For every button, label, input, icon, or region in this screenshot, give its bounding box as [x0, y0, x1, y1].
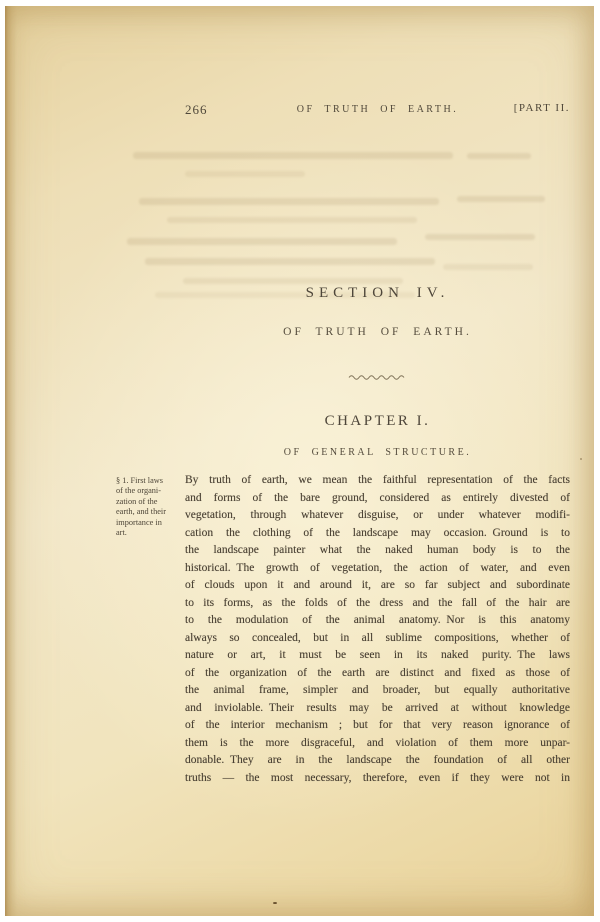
body-line: historical. The growth of vegetation, th…	[185, 560, 570, 578]
part-label: [PART II.	[514, 102, 570, 114]
body-line: nature or art, it must be seen in its na…	[185, 647, 570, 665]
body-line: always so concealed, but in all sublime …	[185, 630, 570, 648]
body-line: the animal frame, simpler and broader, b…	[185, 682, 570, 700]
body-line: donable. They are in the landscape the f…	[185, 752, 570, 770]
scan-frame: 266 OF TRUTH OF EARTH. [PART II. SECTION…	[0, 0, 600, 922]
body-line: and forms of the bare ground, considered…	[185, 490, 570, 508]
body-line: them is the more disgraceful, and violat…	[185, 735, 570, 753]
squiggle-divider-icon	[348, 373, 408, 381]
body-line: vegetation, through whatever disguise, o…	[185, 507, 570, 525]
book-page: 266 OF TRUTH OF EARTH. [PART II. SECTION…	[5, 6, 594, 916]
body-line: to its forms, as the folds of the dress …	[185, 595, 570, 613]
body-line: cation the clothing of the landscape may…	[185, 525, 570, 543]
sidenote-line: of the organi-	[116, 486, 186, 496]
body-line: the landscape painter what the naked hum…	[185, 542, 570, 560]
chapter-subtitle: OF GENERAL STRUCTURE.	[185, 447, 570, 458]
sidenote-line: earth, and their	[116, 507, 186, 517]
body-line: of clouds upon it and around it, are so …	[185, 577, 570, 595]
body-line: truths — the most necessary, therefore, …	[185, 770, 570, 788]
page-header: 266 OF TRUTH OF EARTH. [PART II.	[185, 102, 570, 118]
body-line: of the interior mechanism ; but for that…	[185, 717, 570, 735]
sidenote-line: zation of the	[116, 497, 186, 507]
sidenote-line: importance in	[116, 518, 186, 528]
sidenote-line: art.	[116, 528, 186, 538]
body-paragraph: By truth of earth, we mean the faithful …	[185, 472, 570, 787]
page-binding-edge	[5, 6, 17, 916]
section-title: SECTION IV.	[185, 285, 570, 302]
body-line: By truth of earth, we mean the faithful …	[185, 472, 570, 490]
body-line: to the modulation of the animal anatomy.…	[185, 612, 570, 630]
sidenote: § 1. First laws of the organi- zation of…	[116, 476, 186, 538]
body-line: of the organization of the earth are dis…	[185, 665, 570, 683]
paper-speck	[273, 902, 277, 904]
sidenote-line: § 1. First laws	[116, 476, 186, 486]
section-subtitle: OF TRUTH OF EARTH.	[185, 326, 570, 338]
divider-wrap	[185, 368, 570, 386]
body-line: and inviolable. Their results may be arr…	[185, 700, 570, 718]
running-title: OF TRUTH OF EARTH.	[185, 104, 570, 115]
chapter-title: CHAPTER I.	[185, 413, 570, 430]
paper-speck	[580, 458, 582, 460]
